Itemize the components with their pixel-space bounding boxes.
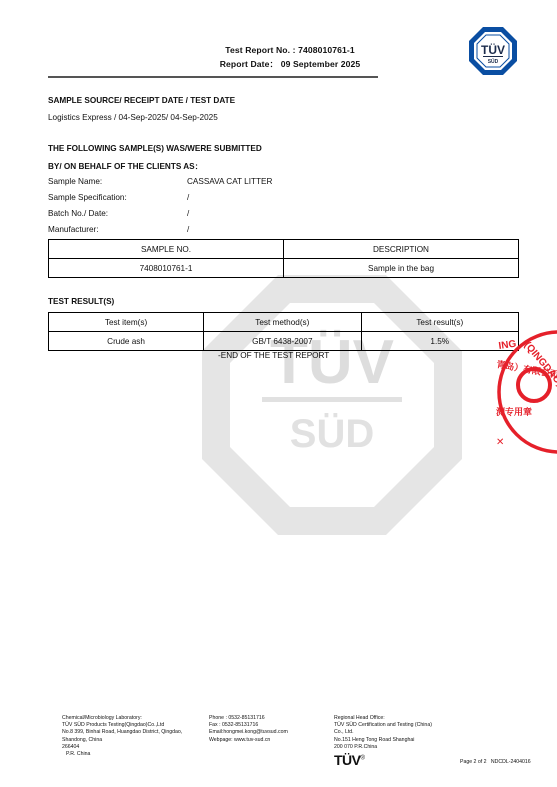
field-value-specification: /	[187, 193, 189, 202]
company-seal: ING (QINGDAO) CO., LTD. 青岛）有限公司 测专用章 ✕	[494, 330, 557, 455]
submitted-heading-2: BY/ ON BEHALF OF THE CLIENTS AS：	[48, 161, 203, 172]
field-label-sample-name: Sample Name:	[48, 177, 102, 186]
svg-text:测专用章: 测专用章	[496, 406, 532, 418]
svg-text:✕: ✕	[496, 437, 504, 448]
results-heading: TEST RESULT(S)	[48, 297, 114, 306]
source-heading: SAMPLE SOURCE/ RECEIPT DATE / TEST DATE	[48, 96, 235, 105]
cell-test-item: Crude ash	[49, 332, 204, 351]
header-cell: DESCRIPTION	[284, 240, 519, 259]
footer-head-office: Regional Head Office: TÜV SÜD Certificat…	[334, 715, 432, 751]
header-cell: Test method(s)	[204, 313, 361, 332]
field-value-sample-name: CASSAVA CAT LITTER	[187, 177, 272, 186]
cell-sample-no: 7408010761-1	[49, 259, 284, 278]
svg-text:SÜD: SÜD	[488, 58, 499, 65]
report-date: Report Date： 09 September 2025	[160, 58, 420, 70]
source-value: Logistics Express / 04-Sep-2025/ 04-Sep-…	[48, 113, 218, 122]
field-label-specification: Sample Specification:	[48, 193, 127, 202]
seal-icon: ING (QINGDAO) CO., LTD. 青岛）有限公司 测专用章 ✕	[494, 330, 557, 455]
table-header-row: Test item(s) Test method(s) Test result(…	[49, 313, 519, 332]
header-cell: Test item(s)	[49, 313, 204, 332]
page-number: Page 2 of 2 NDCDL-2404016	[460, 759, 531, 766]
document-code: NDCDL-2404016	[491, 759, 531, 765]
table-row: 7408010761-1 Sample in the bag	[49, 259, 519, 278]
tuv-footer-mark-icon: TÜV®	[334, 752, 364, 768]
report-number: Test Report No. : 7408010761-1	[160, 45, 420, 55]
field-value-batch: /	[187, 209, 189, 218]
tuv-sud-logo-icon: TÜV SÜD	[469, 27, 517, 75]
header-cell: SAMPLE NO.	[49, 240, 284, 259]
table-row: Crude ash GB/T 6438-2007 1.5%	[49, 332, 519, 351]
field-label-batch: Batch No./ Date:	[48, 209, 108, 218]
results-table: Test item(s) Test method(s) Test result(…	[48, 312, 519, 351]
header-divider	[48, 76, 378, 78]
submitted-heading-1: THE FOLLOWING SAMPLE(S) WAS/WERE SUBMITT…	[48, 144, 262, 153]
field-label-manufacturer: Manufacturer:	[48, 225, 99, 234]
footer-contact: Phone : 0532-85131716 Fax : 0532-8513171…	[209, 715, 288, 744]
footer-lab-address: Chemical/Microbiology Laboratory: TÜV SÜ…	[62, 715, 182, 758]
end-of-report: -END OF THE TEST REPORT	[218, 351, 329, 360]
cell-description: Sample in the bag	[284, 259, 519, 278]
field-value-manufacturer: /	[187, 225, 189, 234]
header-cell: Test result(s)	[361, 313, 518, 332]
table-header-row: SAMPLE NO. DESCRIPTION	[49, 240, 519, 259]
sample-table: SAMPLE NO. DESCRIPTION 7408010761-1 Samp…	[48, 239, 519, 278]
svg-text:TÜV: TÜV	[481, 42, 505, 57]
svg-text:SÜD: SÜD	[290, 411, 374, 456]
cell-test-method: GB/T 6438-2007	[204, 332, 361, 351]
